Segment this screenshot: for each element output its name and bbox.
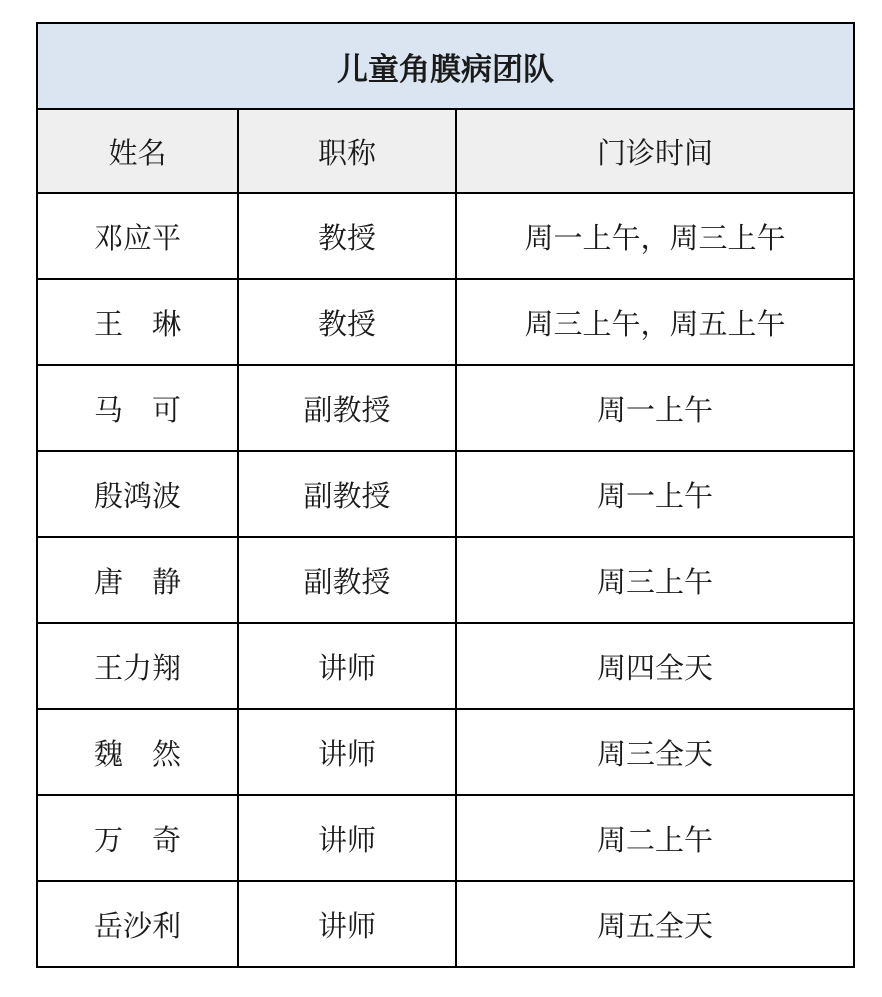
cell-title: 讲师 [238, 623, 456, 709]
team-schedule-table: 儿童角膜病团队 姓名 职称 门诊时间 邓应平教授周一上午，周三上午王 琳教授周三… [36, 22, 855, 968]
cell-title: 讲师 [238, 795, 456, 881]
cell-title: 教授 [238, 279, 456, 365]
cell-time: 周三上午，周五上午 [456, 279, 854, 365]
cell-title: 副教授 [238, 365, 456, 451]
cell-time: 周一上午 [456, 451, 854, 537]
cell-name: 殷鸿波 [37, 451, 238, 537]
cell-name: 王 琳 [37, 279, 238, 365]
column-header-time: 门诊时间 [456, 109, 854, 193]
table-row: 魏 然讲师周三全天 [37, 709, 854, 795]
table-title: 儿童角膜病团队 [37, 23, 854, 109]
cell-time: 周一上午，周三上午 [456, 193, 854, 279]
cell-name: 魏 然 [37, 709, 238, 795]
table-head: 儿童角膜病团队 姓名 职称 门诊时间 [37, 23, 854, 193]
title-row: 儿童角膜病团队 [37, 23, 854, 109]
document-page: 儿童角膜病团队 姓名 职称 门诊时间 邓应平教授周一上午，周三上午王 琳教授周三… [0, 0, 882, 997]
cell-name: 王力翔 [37, 623, 238, 709]
cell-time: 周五全天 [456, 881, 854, 967]
cell-name: 唐 静 [37, 537, 238, 623]
cell-title: 讲师 [238, 709, 456, 795]
cell-time: 周四全天 [456, 623, 854, 709]
table-row: 岳沙利讲师周五全天 [37, 881, 854, 967]
cell-name: 邓应平 [37, 193, 238, 279]
column-header-name: 姓名 [37, 109, 238, 193]
cell-title: 副教授 [238, 451, 456, 537]
cell-name: 万 奇 [37, 795, 238, 881]
table-row: 殷鸿波副教授周一上午 [37, 451, 854, 537]
column-header-title: 职称 [238, 109, 456, 193]
cell-time: 周三上午 [456, 537, 854, 623]
table-row: 万 奇讲师周二上午 [37, 795, 854, 881]
cell-name: 岳沙利 [37, 881, 238, 967]
cell-time: 周一上午 [456, 365, 854, 451]
cell-name: 马 可 [37, 365, 238, 451]
cell-title: 讲师 [238, 881, 456, 967]
cell-time: 周二上午 [456, 795, 854, 881]
cell-time: 周三全天 [456, 709, 854, 795]
table-body: 邓应平教授周一上午，周三上午王 琳教授周三上午，周五上午马 可副教授周一上午殷鸿… [37, 193, 854, 967]
cell-title: 教授 [238, 193, 456, 279]
table-row: 唐 静副教授周三上午 [37, 537, 854, 623]
table-row: 马 可副教授周一上午 [37, 365, 854, 451]
header-row: 姓名 职称 门诊时间 [37, 109, 854, 193]
table-row: 王力翔讲师周四全天 [37, 623, 854, 709]
cell-title: 副教授 [238, 537, 456, 623]
table-row: 邓应平教授周一上午，周三上午 [37, 193, 854, 279]
table-row: 王 琳教授周三上午，周五上午 [37, 279, 854, 365]
